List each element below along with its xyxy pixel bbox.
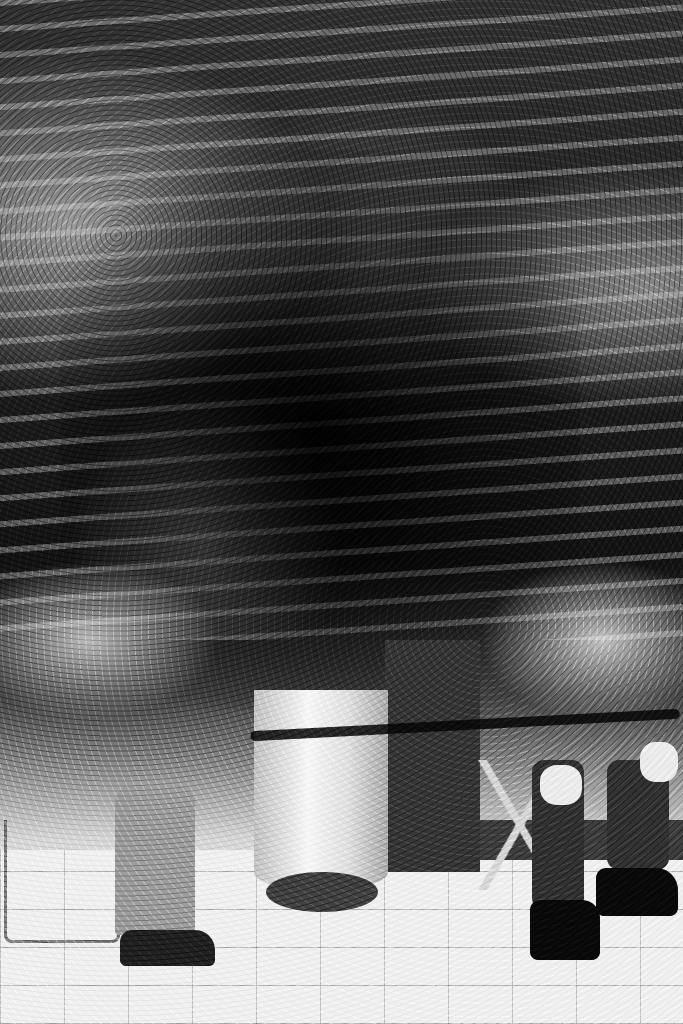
photograph xyxy=(0,0,683,1024)
film-grain xyxy=(0,0,683,1024)
